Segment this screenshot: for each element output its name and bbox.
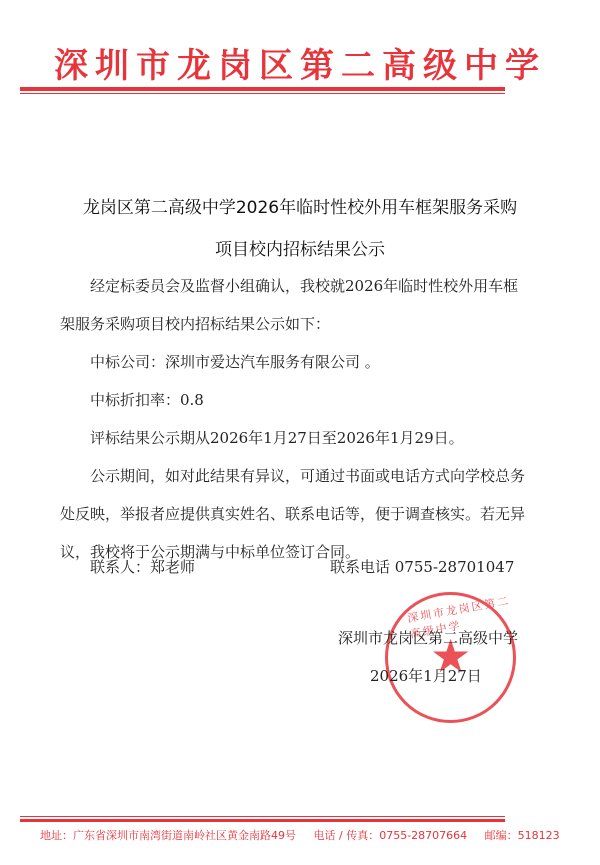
document-title-line2: 项目校内招标结果公示 <box>0 229 600 271</box>
winning-company: 中标公司：深圳市爱达汽车服务有限公司 。 <box>60 343 530 381</box>
intro-paragraph: 经定标委员会及监督小组确认，我校就2026年临时性校外用车框架服务采购项目校内招… <box>60 267 530 343</box>
letterhead-rule-thin <box>20 93 505 94</box>
document-body: 经定标委员会及监督小组确认，我校就2026年临时性校外用车框架服务采购项目校内招… <box>60 267 530 571</box>
footer-postcode: 邮编：518123 <box>485 829 560 842</box>
contact-person: 联系人：郑老师 <box>90 556 195 577</box>
publicity-period: 评标结果公示期从2026年1月27日至2026年1月29日。 <box>60 419 530 457</box>
official-seal: 深圳市龙岗区第二高级中学 ★ <box>385 592 516 723</box>
signature-date: 2026年1月27日 <box>370 665 482 686</box>
letterhead-rule-thick <box>20 87 505 91</box>
signature-org: 深圳市龙岗区第二高级中学 <box>338 627 518 648</box>
discount-rate: 中标折扣率：0.8 <box>60 381 530 419</box>
document-title: 龙岗区第二高级中学2026年临时性校外用车框架服务采购 项目校内招标结果公示 <box>0 187 600 271</box>
document-title-line1: 龙岗区第二高级中学2026年临时性校外用车框架服务采购 <box>0 187 600 229</box>
objection-paragraph: 公示期间，如对此结果有异议，可通过书面或电话方式向学校总务处反映，举报者应提供真… <box>60 457 530 571</box>
footer: 地址：广东省深圳市南湾街道南岭社区黄金南路49号 电话 / 传真：0755-28… <box>40 827 574 843</box>
footer-address: 地址：广东省深圳市南湾街道南岭社区黄金南路49号 <box>40 829 296 842</box>
contact-phone: 联系电话 0755-28701047 <box>330 556 514 577</box>
footer-phone-fax: 电话 / 传真：0755-28707664 <box>314 829 468 842</box>
letterhead-title: 深圳市龙岗区第二高级中学 <box>0 38 600 87</box>
footer-rule-thick <box>20 819 505 822</box>
footer-rule-thin <box>20 816 505 817</box>
